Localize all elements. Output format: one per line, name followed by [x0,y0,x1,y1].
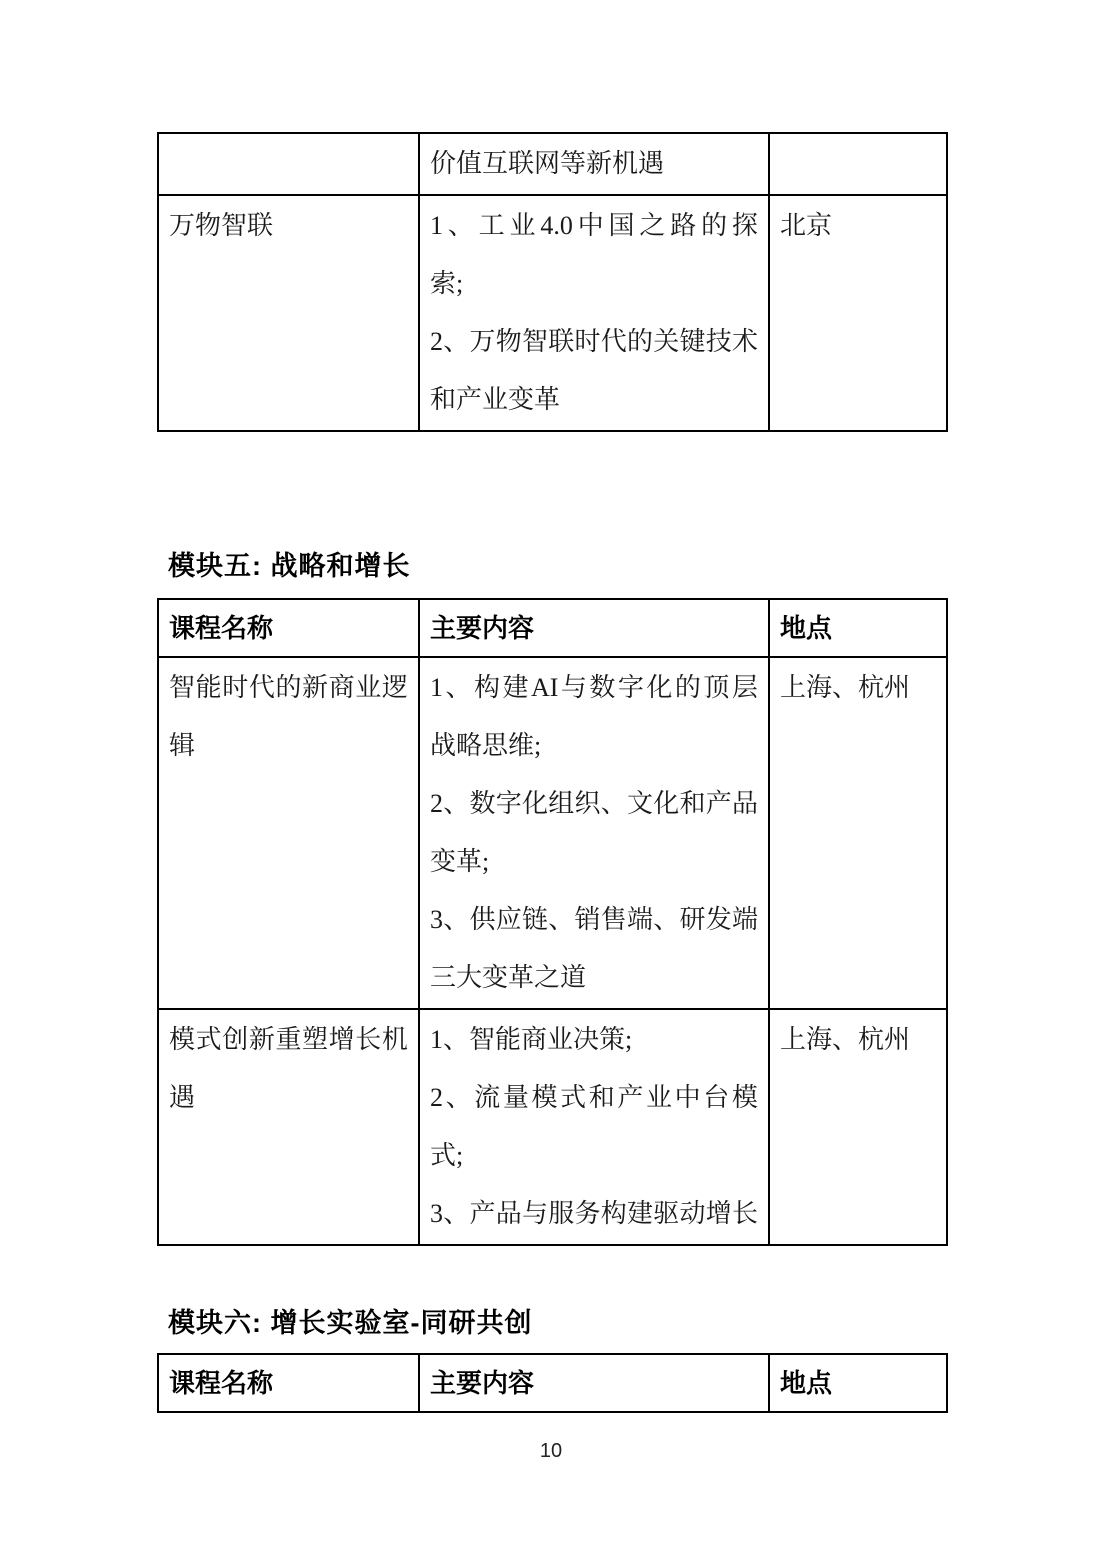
cell-text-line: 1、构建AI与数字化的顶层 [430,659,758,717]
cell-text-line: 上海、杭州 [780,659,936,717]
cell-text-line: 3、供应链、销售端、研发端 [430,891,758,949]
table-cell: 上海、杭州 [769,657,947,1009]
table-cell: 1、智能商业决策;2、流量模式和产业中台模式;3、产品与服务构建驱动增长 [419,1009,769,1245]
cell-text-line: 1、智能商业决策; [430,1011,758,1069]
cell-text-line: 遇 [169,1069,408,1127]
cell-text-line: 战略思维; [430,717,758,775]
page-number: 10 [0,1439,1102,1463]
cell-text-line: 1、工业4.0中国之路的探 [430,197,758,255]
cell-text-line: 万物智联 [169,197,408,255]
table-header-cell: 课程名称 [158,599,419,657]
table-cell: 上海、杭州 [769,1009,947,1245]
table-row: 价值互联网等新机遇 [158,133,947,195]
header-label: 地点 [780,601,936,655]
cell-text-line: 智能时代的新商业逻 [169,659,408,717]
cell-text-line: 三大变革之道 [430,949,758,1007]
header-label: 地点 [780,1356,936,1410]
heading-module5: 模块五: 战略和增长 [168,550,411,582]
cell-text-line: 价值互联网等新机遇 [430,135,758,193]
table-row: 模式创新重塑增长机遇1、智能商业决策;2、流量模式和产业中台模式;3、产品与服务… [158,1009,947,1245]
table-cell: 1、工业4.0中国之路的探索;2、万物智联时代的关键技术和产业变革 [419,195,769,431]
table-cell: 1、构建AI与数字化的顶层战略思维;2、数字化组织、文化和产品变革;3、供应链、… [419,657,769,1009]
table-row: 万物智联1、工业4.0中国之路的探索;2、万物智联时代的关键技术和产业变革北京 [158,195,947,431]
header-label: 主要内容 [430,601,758,655]
document-page: 价值互联网等新机遇万物智联1、工业4.0中国之路的探索;2、万物智联时代的关键技… [0,0,1102,1559]
table-cell [769,133,947,195]
cell-text-line: 式; [430,1127,758,1185]
header-label: 主要内容 [430,1356,758,1410]
heading-module6: 模块六: 增长实验室-同研共创 [168,1307,532,1339]
table-header-cell: 主要内容 [419,599,769,657]
cell-text-line: 和产业变革 [430,371,758,429]
cell-text-line: 变革; [430,833,758,891]
cell-text-line: 2、万物智联时代的关键技术 [430,313,758,371]
cell-text-line: 模式创新重塑增长机 [169,1011,408,1069]
table-cell: 价值互联网等新机遇 [419,133,769,195]
cell-text-line: 2、数字化组织、文化和产品 [430,775,758,833]
table-cell: 模式创新重塑增长机遇 [158,1009,419,1245]
table-cell [158,133,419,195]
table-module4-continued: 价值互联网等新机遇万物智联1、工业4.0中国之路的探索;2、万物智联时代的关键技… [157,132,948,432]
table-row: 智能时代的新商业逻辑1、构建AI与数字化的顶层战略思维;2、数字化组织、文化和产… [158,657,947,1009]
header-label: 课程名称 [169,601,408,655]
table-header-cell: 课程名称 [158,1354,419,1412]
table-cell: 北京 [769,195,947,431]
table-module5: 课程名称主要内容地点智能时代的新商业逻辑1、构建AI与数字化的顶层战略思维;2、… [157,598,948,1246]
table-cell: 万物智联 [158,195,419,431]
cell-text-line: 上海、杭州 [780,1011,936,1069]
table-header-row: 课程名称主要内容地点 [158,599,947,657]
cell-text-line: 2、流量模式和产业中台模 [430,1069,758,1127]
table-module6: 课程名称主要内容地点 [157,1353,948,1413]
header-label: 课程名称 [169,1356,408,1410]
cell-text-line: 北京 [780,197,936,255]
cell-text-line: 辑 [169,717,408,775]
table-header-row: 课程名称主要内容地点 [158,1354,947,1412]
table-cell: 智能时代的新商业逻辑 [158,657,419,1009]
table-header-cell: 主要内容 [419,1354,769,1412]
cell-text-line: 3、产品与服务构建驱动增长 [430,1185,758,1243]
table-header-cell: 地点 [769,599,947,657]
table-header-cell: 地点 [769,1354,947,1412]
cell-text-line: 索; [430,255,758,313]
